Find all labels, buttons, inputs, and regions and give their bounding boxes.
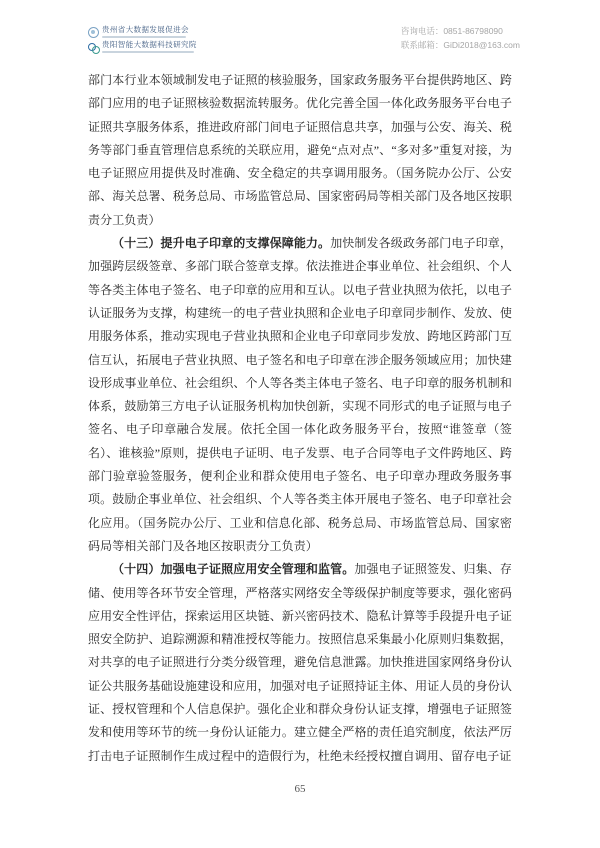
institute-logo: 贵阳智能大数据科技研究院	[88, 41, 197, 53]
paragraph-item-13: （十三）提升电子印章的支撑保障能力。加快制发各级政务部门电子印章，加强跨层级签章…	[88, 232, 512, 558]
paragraph-text: 加强电子证照签发、归集、存储、使用等各环节安全管理，严格落实网络安全等级保护制度…	[88, 562, 512, 762]
paragraph-text: 加快制发各级政务部门电子印章，加强跨层级签章、多部门联合签章支撑。依法推进企事业…	[88, 236, 512, 553]
phone-label: 咨询电话：	[401, 26, 444, 36]
paragraph-continuation: 部门本行业本领域制发电子证照的核验服务，国家政务服务平台提供跨地区、跨部门应用的…	[88, 69, 512, 232]
institute-english-tagline	[102, 51, 194, 53]
institute-name: 贵阳智能大数据科技研究院	[102, 41, 197, 49]
organization-logos: 贵州省大数据发展促进会 贵阳智能大数据科技研究院	[88, 26, 197, 53]
contact-email: 联系邮箱：GiDi2018@163.com	[401, 40, 520, 50]
document-page: 贵州省大数据发展促进会 贵阳智能大数据科技研究院 咨询电话：0851-86798…	[0, 0, 600, 848]
go-monogram-icon	[88, 42, 99, 53]
paragraph-lead: （十四）加强电子证照应用安全管理和监管。	[112, 562, 354, 576]
email-label: 联系邮箱：	[401, 40, 444, 50]
ring-emblem-icon	[88, 27, 99, 38]
page-number: 65	[0, 783, 600, 795]
association-name: 贵州省大数据发展促进会	[102, 26, 189, 34]
email-value: GiDi2018@163.com	[443, 40, 520, 50]
contact-phone: 咨询电话：0851-86798090	[401, 26, 503, 36]
paragraph-text: 部门本行业本领域制发电子证照的核验服务，国家政务服务平台提供跨地区、跨部门应用的…	[88, 73, 512, 227]
phone-value: 0851-86798090	[443, 26, 503, 36]
paragraph-lead: （十三）提升电子印章的支撑保障能力。	[112, 236, 330, 250]
association-english-tagline	[102, 36, 186, 38]
paragraph-item-14: （十四）加强电子证照应用安全管理和监管。加强电子证照签发、归集、存储、使用等各环…	[88, 558, 512, 768]
document-body: 部门本行业本领域制发电子证照的核验服务，国家政务服务平台提供跨地区、跨部门应用的…	[88, 69, 512, 768]
association-logo: 贵州省大数据发展促进会	[88, 26, 197, 38]
contact-info: 咨询电话：0851-86798090 联系邮箱：GiDi2018@163.com	[401, 26, 520, 50]
page-header: 贵州省大数据发展促进会 贵阳智能大数据科技研究院 咨询电话：0851-86798…	[88, 26, 520, 53]
